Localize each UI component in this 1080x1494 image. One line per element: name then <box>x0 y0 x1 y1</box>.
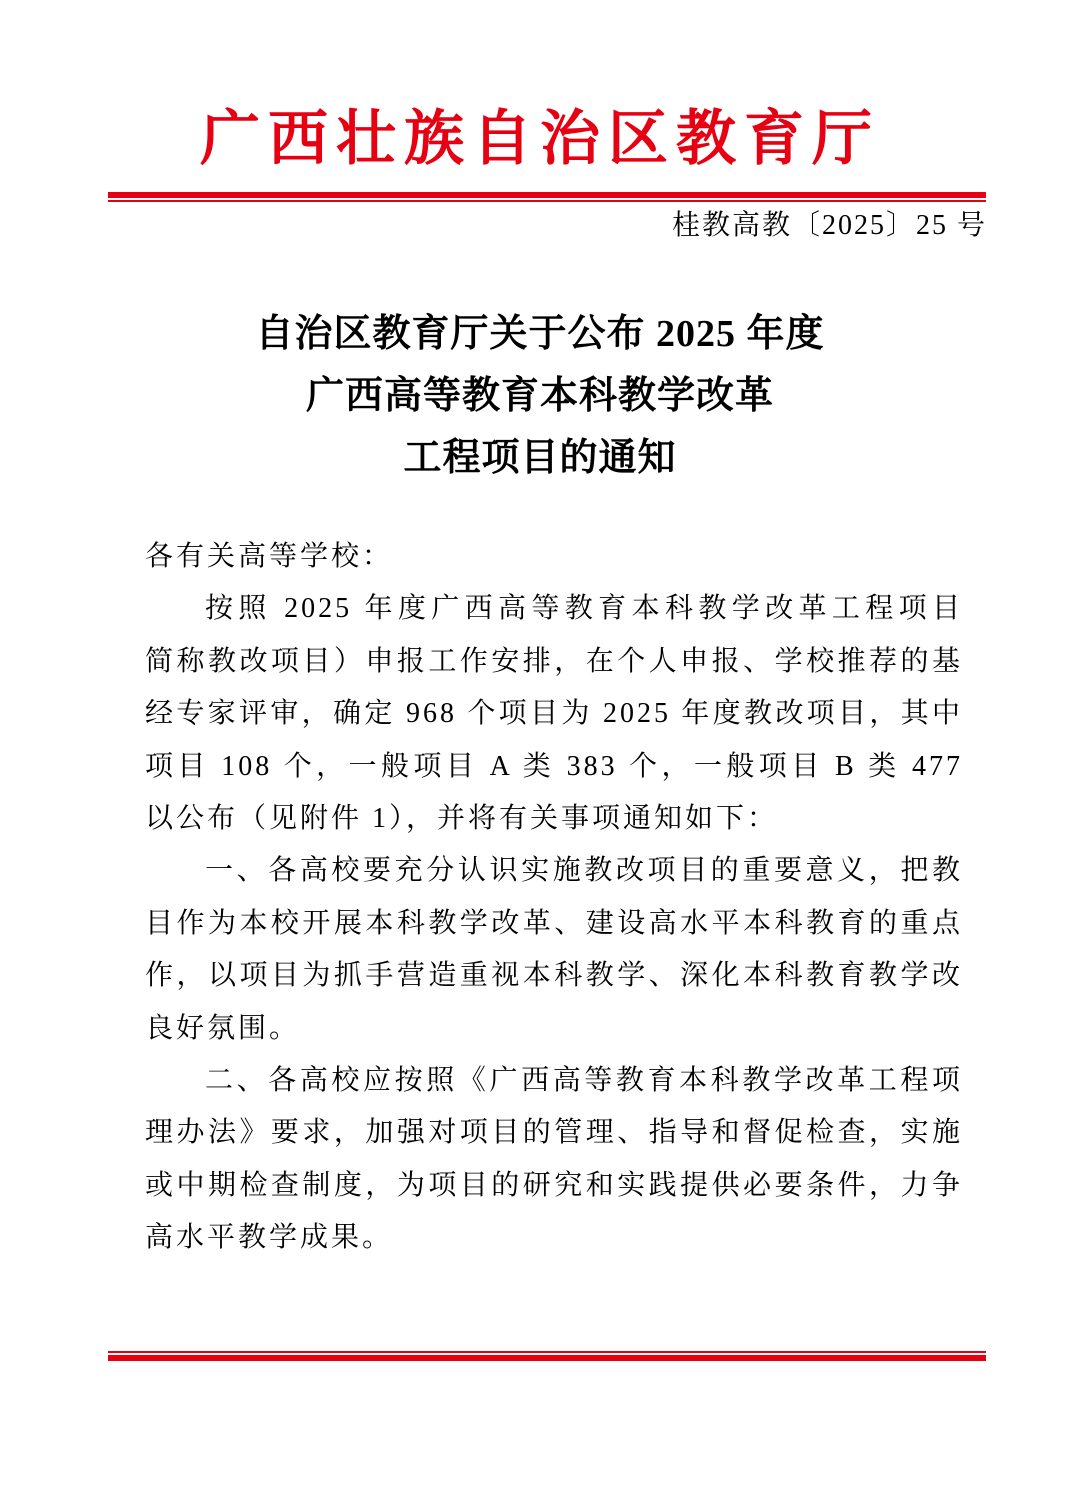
doc-number: 桂教高教〔2025〕25 号 <box>672 206 987 246</box>
body-line: 作，以项目为抓手营造重视本科教学、深化本科教育教学改革的 <box>145 950 963 1002</box>
body-line: 按照 2025 年度广西高等教育本科教学改革工程项目（以下 <box>145 583 963 635</box>
document-title-line-3: 工程项目的通知 <box>0 427 1080 489</box>
body-line-salutation: 各有关高等学校： <box>145 531 963 583</box>
body-line-item-2: 二、各高校应按照《广西高等教育本科教学改革工程项目管 <box>145 1055 963 1107</box>
document-title-line-1: 自治区教育厅关于公布 2025 年度 <box>0 303 1080 365</box>
body-line: 良好氛围。 <box>145 1003 963 1055</box>
body-line-item-1: 一、各高校要充分认识实施教改项目的重要意义，把教改项 <box>145 845 963 897</box>
body-line: 经专家评审，确定 968 个项目为 2025 年度教改项目，其中重点 <box>145 688 963 740</box>
body-line: 高水平教学成果。 <box>145 1212 963 1264</box>
body-line: 或中期检查制度，为项目的研究和实践提供必要条件，力争取得 <box>145 1160 963 1212</box>
agency-name-header: 广西壮族自治区教育厅 <box>0 100 1080 178</box>
body-line: 理办法》要求，加强对项目的管理、指导和督促检查，实施年度 <box>145 1107 963 1159</box>
body-line: 目作为本校开展本科教学改革、建设高水平本科教育的重点工 <box>145 898 963 950</box>
body-line: 以公布（见附件 1），并将有关事项通知如下： <box>145 793 963 845</box>
body-line: 简称教改项目）申报工作安排，在个人申报、学校推荐的基础上， <box>145 636 963 688</box>
document-page: 广西壮族自治区教育厅 桂教高教〔2025〕25 号 自治区教育厅关于公布 202… <box>0 0 1080 1494</box>
document-body: 各有关高等学校： 按照 2025 年度广西高等教育本科教学改革工程项目（以下 简… <box>145 531 963 1264</box>
body-line: 项目 108 个，一般项目 A 类 383 个，一般项目 B 类 477 个，现… <box>145 741 963 793</box>
footer-double-rule <box>108 1351 986 1361</box>
header-double-rule <box>108 192 986 202</box>
document-title-line-2: 广西高等教育本科教学改革 <box>0 365 1080 427</box>
document-title: 自治区教育厅关于公布 2025 年度 广西高等教育本科教学改革 工程项目的通知 <box>0 303 1080 489</box>
